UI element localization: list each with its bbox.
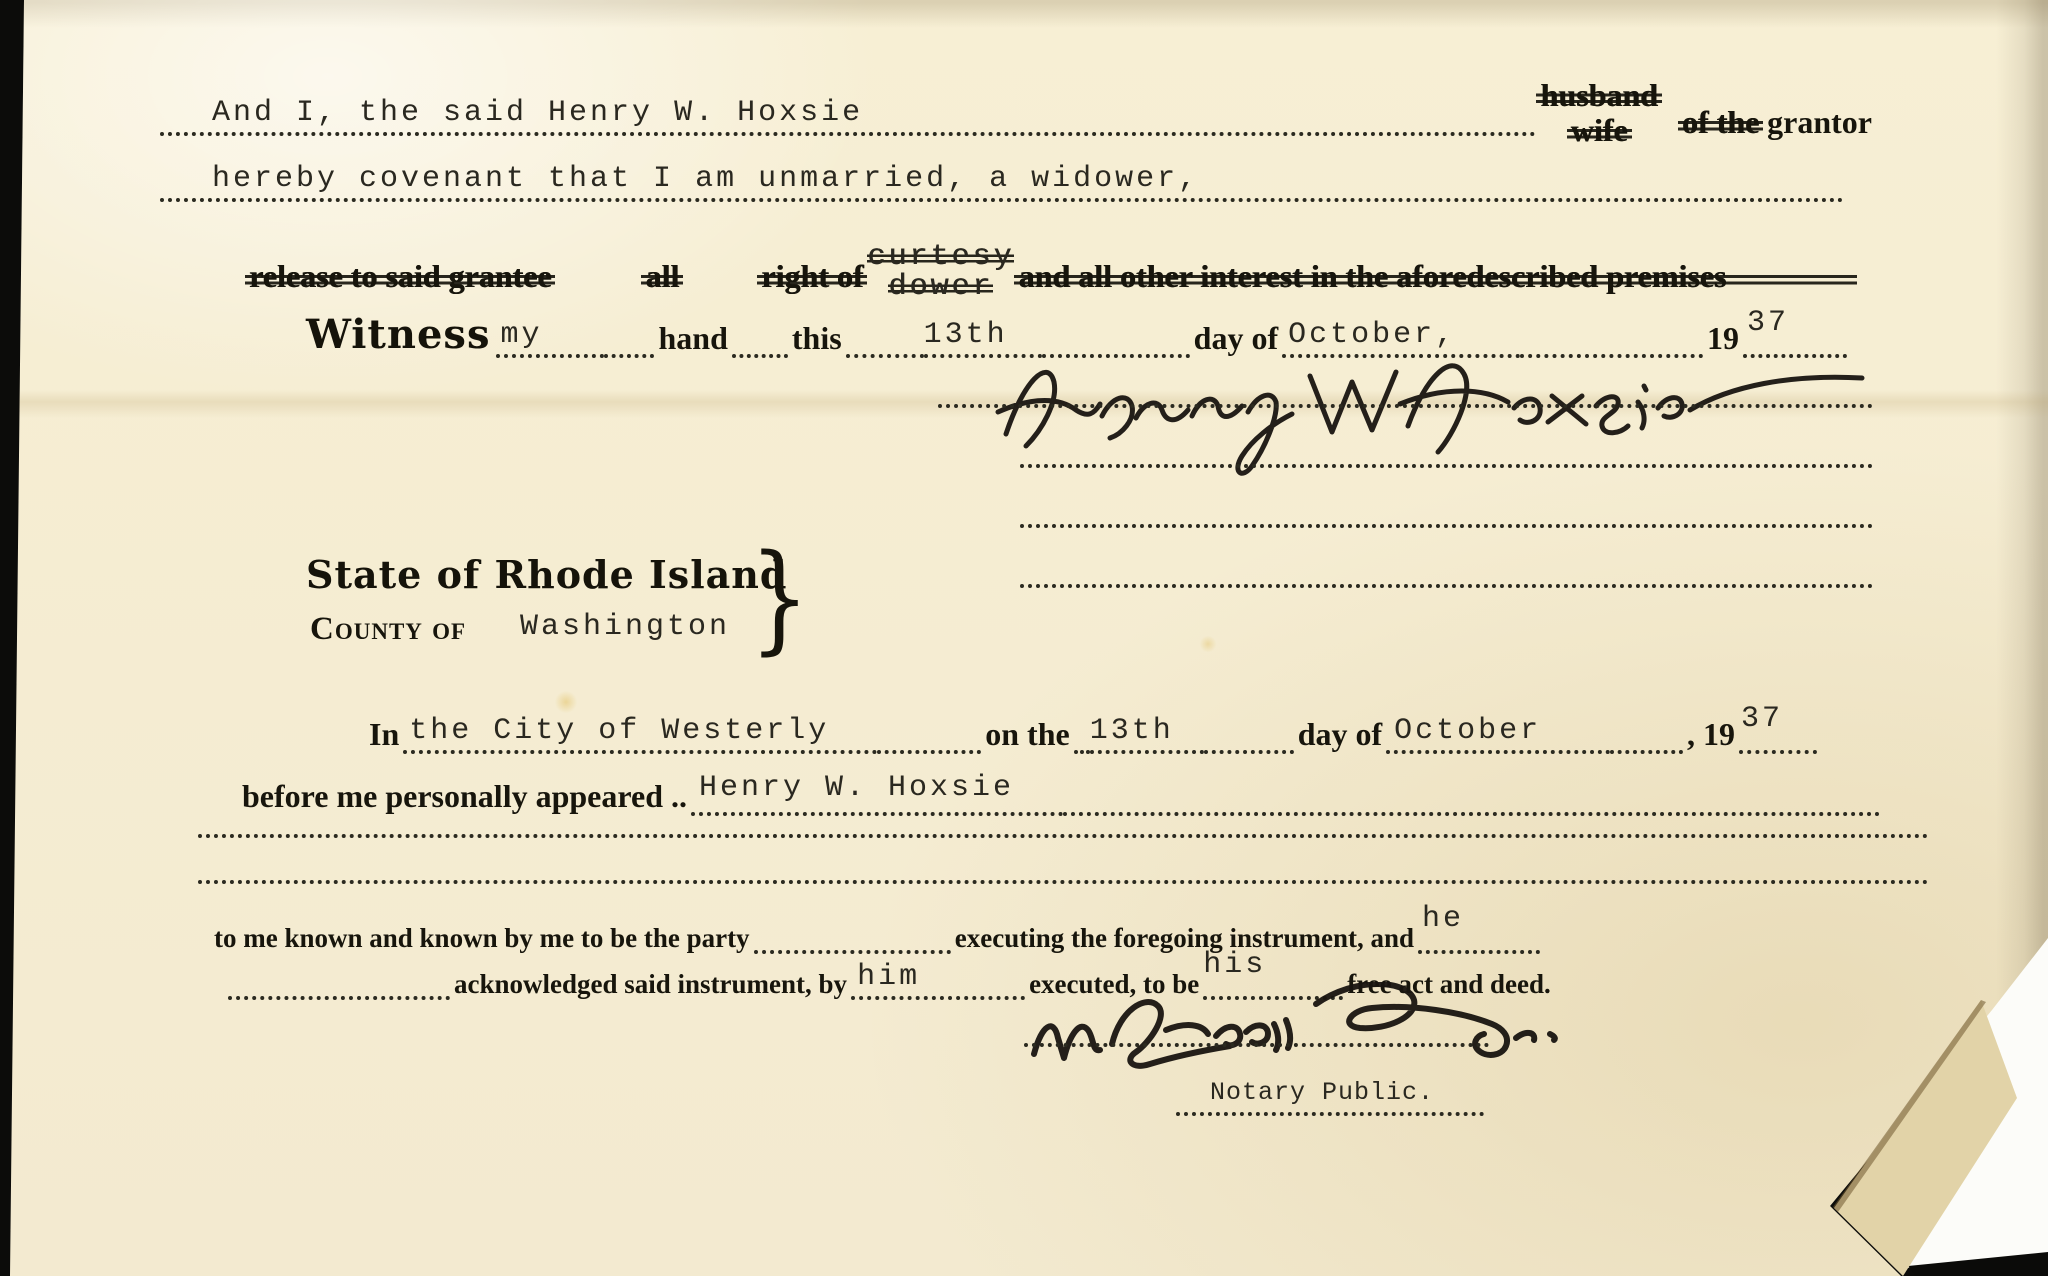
husband-wife-stack: husband wife xyxy=(1536,79,1661,150)
typed-notary-title: Notary Public. xyxy=(1210,1080,1434,1105)
notary-title-rule xyxy=(1176,1112,1484,1116)
struck-typed-dower: dower xyxy=(888,272,993,302)
dotted-fill xyxy=(1204,750,1294,754)
county-label: County of xyxy=(306,612,470,649)
struck-right-of: right of xyxy=(757,260,867,296)
dotted-fill xyxy=(1610,750,1683,754)
curtesy-dower-stack: curtesy dower xyxy=(867,242,1014,302)
printed-acknowledged: acknowledged said instrument, by xyxy=(450,970,851,1000)
dotted-fill xyxy=(1074,750,1090,754)
dotted-fill xyxy=(877,750,981,754)
struck-husband: husband xyxy=(1536,79,1661,115)
appeared-line: before me personally appeared .. Henry W… xyxy=(238,760,1880,816)
struck-release-clause: release to said grantee all right of cur… xyxy=(245,236,1857,296)
dotted-fill xyxy=(228,996,450,1000)
typed-day-number: 13th xyxy=(1090,716,1204,754)
grantor-signature-strokes xyxy=(990,350,1870,480)
scanned-deed-document: And I, the said Henry W. Hoxsie husband … xyxy=(0,0,2048,1276)
typed-my: my xyxy=(496,320,604,358)
blank-rule xyxy=(1020,524,1873,528)
state-heading: State of Rhode Island xyxy=(306,552,793,597)
printed-comma-19: , 19 xyxy=(1683,718,1739,754)
signature-rule xyxy=(938,404,1873,408)
typed-year-37: 37 xyxy=(1739,704,1817,754)
struck-all: all xyxy=(641,260,683,296)
printed-known-1: to me known and known by me to be the pa… xyxy=(210,924,754,954)
blank-rule xyxy=(1020,464,1873,468)
blank-rule xyxy=(1020,584,1873,588)
covenant-line-1: And I, the said Henry W. Hoxsie husband … xyxy=(160,80,1876,136)
printed-on-the: on the xyxy=(981,718,1073,754)
notary-signature-rule xyxy=(1024,1043,1489,1047)
typed-place: the City of Westerly xyxy=(403,716,877,754)
blank-rule xyxy=(198,834,1929,838)
witness-word: Witness xyxy=(306,311,496,358)
covenant-line-2: hereby covenant that I am unmarried, a w… xyxy=(160,150,1844,202)
grantor-signature xyxy=(990,350,1870,480)
typed-pronoun-he: he xyxy=(1418,904,1540,954)
typed-grantor-name: And I, the said Henry W. Hoxsie xyxy=(160,98,1536,136)
dotted-fill xyxy=(604,354,654,358)
printed-known-2: executing the foregoing instrument, and xyxy=(951,924,1418,954)
dotted-fill xyxy=(846,354,924,358)
known-line: to me known and known by me to be the pa… xyxy=(210,908,1540,954)
printed-hand: hand xyxy=(654,322,731,358)
dotted-fill xyxy=(732,354,788,358)
paper-sheet: And I, the said Henry W. Hoxsie husband … xyxy=(0,0,2048,1276)
struck-of-the: of the xyxy=(1678,106,1763,142)
typed-county: Washington xyxy=(520,612,730,642)
struck-release-to-grantee: release to said grantee xyxy=(245,260,555,296)
printed-day-of: day of xyxy=(1294,718,1386,754)
printed-in: In xyxy=(365,718,403,754)
struck-typed-curtesy: curtesy xyxy=(867,242,1014,272)
dotted-fill xyxy=(1063,812,1880,816)
printed-this: this xyxy=(788,322,846,358)
jurat-brace: } xyxy=(750,528,810,666)
typed-covenant-text: hereby covenant that I am unmarried, a w… xyxy=(160,164,1844,202)
typed-pronoun-him: him xyxy=(851,962,1025,1000)
typed-appeared-name: Henry W. Hoxsie xyxy=(691,773,1063,816)
struck-wife: wife xyxy=(1567,114,1632,150)
blank-rule xyxy=(198,880,1929,884)
struck-and-all-other: and all other interest in the aforedescr… xyxy=(1014,260,1857,296)
grantor-label: grantor xyxy=(1763,106,1876,142)
typed-month: October xyxy=(1386,716,1610,754)
venue-line: In the City of Westerly on the 13th day … xyxy=(365,696,1817,754)
printed-before-me: before me personally appeared .. xyxy=(238,780,691,816)
